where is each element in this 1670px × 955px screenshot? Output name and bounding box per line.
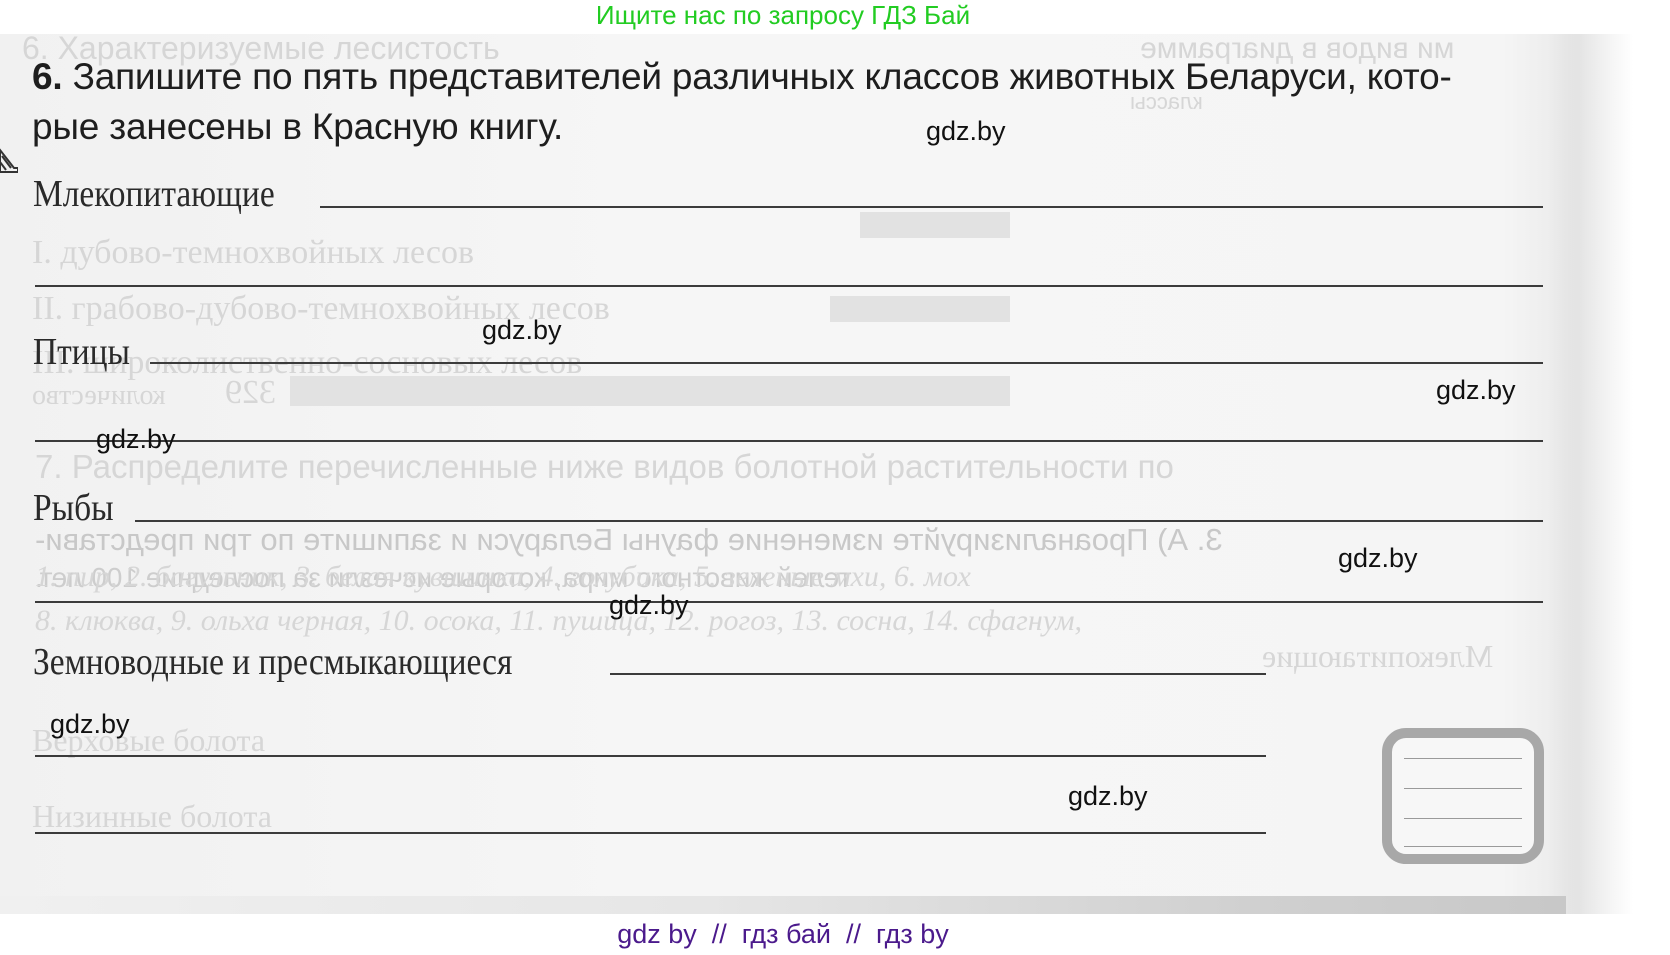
watermark: gdz.by [926,116,1006,147]
answer-line-mammals-1[interactable] [320,206,1543,208]
watermark: gdz.by [50,709,130,740]
bleed-through-text: количество [32,380,166,412]
bleed-through-text: I. дубово-темнохвойных лесов [32,234,474,272]
task-heading-line-2: рые занесены в Красную книгу. [32,106,563,148]
bottom-banner: gdz by // гдз бай // гдз by [0,914,1670,955]
bleed-through-text: 3. А) Проанализируйте изменение фауны Бе… [35,522,1223,558]
task-text-line-1: Запишите по пять представителей различны… [73,56,1452,97]
answer-line-birds-1[interactable] [150,362,1543,364]
answer-line-mammals-2[interactable] [35,285,1543,287]
bleed-through-text: 1. пир, 2. багульник, 3. белая кувшинка,… [35,560,971,594]
bleed-through-text: 8. клюква, 9. ольха черная, 10. осока, 1… [35,604,1082,638]
watermark: gdz.by [1436,375,1516,406]
answer-line-fish-2[interactable] [35,601,1543,603]
notebook-icon [1382,728,1544,864]
category-label-fish: Рыбы [33,486,114,530]
book-icon [0,146,18,174]
workbook-page: 6. Характеризуемые лесистость ми видов в… [0,34,1670,914]
answer-line-amphibians-1[interactable] [610,673,1266,675]
bleed-through-bar [830,296,1010,322]
top-banner: Ищите нас по запросу ГДЗ Бай [0,0,1670,34]
top-banner-text: Ищите нас по запросу ГДЗ Бай [0,0,1566,30]
watermark: gdz.by [482,315,562,346]
watermark: gdz.by [1068,781,1148,812]
category-label-mammals: Млекопитающие [33,172,275,216]
watermark: gdz.by [1338,543,1418,574]
page-bottom-strip [0,896,1566,914]
bleed-through-text: 7. Распределите перечисленные ниже видов… [35,448,1174,486]
category-label-birds: Птицы [33,330,130,374]
answer-line-birds-2[interactable] [35,440,1543,442]
task-text-line-2: рые занесены в Красную книгу. [32,106,563,147]
bleed-through-text: Низинные болота [32,798,272,835]
task-heading-line-1: 6. Запишите по пять представителей разли… [32,56,1452,98]
answer-line-amphibians-3[interactable] [35,832,1266,834]
bottom-banner-text: gdz by // гдз бай // гдз by [0,918,1566,950]
answer-line-fish-1[interactable] [135,520,1543,522]
bleed-through-bar [290,376,1010,406]
watermark: gdz.by [609,590,689,621]
answer-line-amphibians-2[interactable] [35,755,1266,757]
bleed-through-text: 329 [225,374,276,412]
page-edge-shadow [1548,34,1670,914]
bleed-through-bar [860,212,1010,238]
task-number: 6. [32,56,62,97]
watermark: gdz.by [96,424,176,455]
category-label-amphibians-reptiles: Земноводные и пресмыкающиеся [33,640,512,684]
bleed-through-text: Млекопитающие [1262,638,1493,675]
